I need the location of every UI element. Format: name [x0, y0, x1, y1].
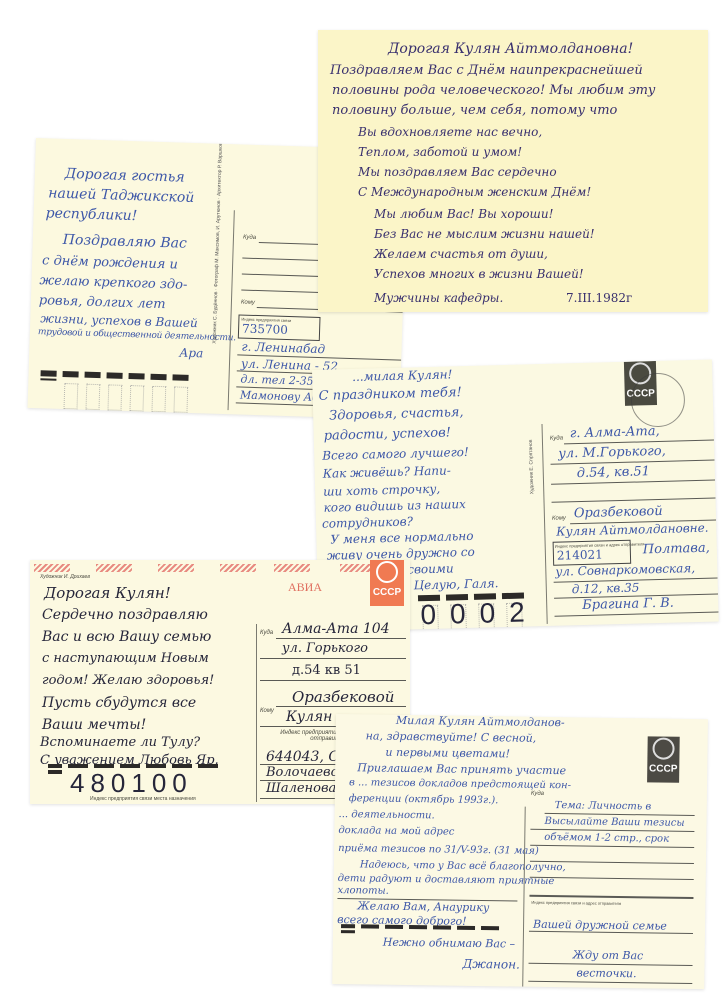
handwritten-line: Вашей дружной семье — [533, 919, 667, 932]
handwritten-line: У меня все нормально — [330, 530, 473, 546]
handwritten-line: республики! — [45, 206, 137, 223]
recipient-line: Оразбековой — [292, 690, 394, 705]
greeting-line: половину больше, чем себя, потому что — [332, 104, 617, 117]
handwritten-line: трудовой и общественной деятельности. — [38, 328, 236, 343]
sender-index: 214021 — [557, 548, 603, 561]
handwritten-line: Как живёшь? Напи- — [323, 464, 451, 479]
handwritten-line: Нежно обнимаю Вас – — [383, 937, 515, 950]
handwritten-line: жизни, успехов в Вашей — [40, 312, 198, 329]
to-label: Куда — [531, 791, 544, 797]
recipient-line: Кулян Айтмолдановне. — [556, 522, 709, 538]
greeting-line: Желаем счастья от души, — [374, 248, 548, 260]
recipient-line: Кулян — [286, 710, 332, 724]
handwritten-line: Ваши мечты! — [42, 718, 146, 732]
to-label: Куда — [260, 630, 273, 636]
handwritten-line: объёмом 1-2 стр., срок — [544, 833, 669, 845]
destination-index: 0002 — [420, 598, 539, 629]
handwritten-line: и первыми цветами! — [385, 747, 510, 760]
handwritten-line: ... деятельности. — [339, 810, 435, 821]
sender-address-line: Полтава, — [643, 542, 710, 557]
handwritten-line: Высылайте Ваши тезисы — [544, 817, 684, 829]
handwritten-line: кого видишь из наших — [323, 498, 466, 514]
handwritten-line: Надеюсь, что у Вас всё благополучно, — [360, 860, 566, 873]
address-to-line: г. Алма-Ата, — [570, 425, 660, 440]
handwritten-line: Дорогая гостья — [65, 167, 185, 185]
print-credits: Художник Е. Спрятанов — [528, 439, 535, 494]
greeting-line: С Международным женским Днём! — [358, 186, 591, 198]
emblem-icon — [652, 737, 674, 759]
to-label: Куда — [243, 235, 256, 241]
artist-credit: Художник И. Дрихаев — [40, 574, 90, 580]
handwritten-line: Сердечно поздравляю — [42, 608, 208, 622]
address-to-line: ул. Горького — [282, 642, 368, 655]
footer-note: Индекс предприятия связи места назначени… — [90, 796, 196, 802]
to-whom-label: Кому — [552, 515, 566, 521]
handwritten-line: Жду от Вас — [573, 949, 644, 961]
postage-stamp: СССР — [370, 560, 404, 606]
handwritten-line: на, здравствуйте! С весной, — [366, 730, 537, 743]
greeting-signature: Мужчины кафедры. — [374, 292, 503, 304]
greeting-line: Вы вдохновляете нас вечно, — [358, 126, 542, 138]
sender-address-line: д.12, кв.35 — [572, 582, 640, 596]
handwritten-line: Приглашаем Вас принять участие — [357, 762, 566, 776]
index-digit-box — [107, 384, 122, 410]
handwritten-line: Дорогая Кулян! — [44, 586, 171, 601]
footer-note: Пишите индекс предприятия связи места на… — [67, 413, 192, 419]
greeting-card-march-8: Дорогая Кулян Айтмолдановна! Поздравляем… — [318, 30, 708, 312]
handwritten-line: весточки. — [576, 967, 636, 979]
handwritten-line: приёма тезисов по 31/V-93г. (31 мая) — [338, 844, 539, 857]
handwritten-line: в ... тезисов докладов предстоящей кон- — [349, 778, 571, 791]
postage-stamp: СССР — [647, 736, 680, 782]
handwritten-line: доклада на мой адрес — [338, 826, 454, 838]
index-digit-box — [85, 384, 100, 410]
handwritten-signature: Целую, Галя. — [414, 577, 499, 591]
to-label: Куда — [550, 435, 563, 441]
greeting-line: Без Вас не мыслим жизни нашей! — [374, 228, 595, 240]
sender-index: 735700 — [242, 323, 288, 336]
sender-address-line: ул. Совнаркомовская, — [555, 562, 695, 578]
handwritten-signature: Джанон. — [462, 958, 520, 971]
handwritten-line: ференции (октябрь 1993г.). — [349, 794, 499, 806]
handwritten-line: Вас и всю Вашу семью — [42, 630, 211, 644]
index-digit-box — [173, 386, 188, 412]
print-credits: Художник С. Будённов · Фотограф М. Макси… — [212, 142, 224, 343]
address-to-line: д.54 кв 51 — [292, 664, 361, 677]
handwritten-line: Поздравляю Вас — [63, 233, 187, 251]
greeting-line: Успехов многих в жизни Вашей! — [374, 268, 584, 280]
to-whom-label: Кому — [241, 300, 255, 306]
handwritten-line: Всего самого лучшего! — [322, 446, 469, 462]
index-digit-box — [129, 385, 144, 411]
greeting-line: Мы поздравляем Вас сердечно — [358, 166, 557, 178]
handwritten-line: ровья, долгих лет — [39, 294, 166, 311]
sender-index-label: Индекс предприятия связи и адрес отправи… — [531, 900, 621, 906]
greeting-line: Дорогая Кулян Айтмолдановна! — [388, 42, 633, 56]
address-to-line: Алма-Ата 104 — [282, 622, 390, 636]
handwritten-line: сотрудников? — [322, 515, 413, 529]
to-whom-label: Кому — [260, 708, 274, 714]
greeting-line: Мы любим Вас! Вы хороши! — [374, 208, 553, 220]
handwritten-line: нашей Таджикской — [48, 186, 194, 205]
air-mail-label: АВИА — [288, 580, 322, 595]
sender-name: Брагина Г. В. — [582, 597, 674, 612]
index-digit-box — [64, 383, 79, 409]
address-to-line: д.54, кв.51 — [577, 465, 651, 480]
handwritten-line: Пусть сбудутся все — [42, 696, 196, 710]
postcard-from-dzhanon: СССР Милая Кулян Айтмолданов- на, здравс… — [332, 714, 708, 989]
postmark — [630, 372, 685, 427]
greeting-line: Теплом, заботой и умом! — [358, 146, 522, 158]
handwritten-line: С праздником тебя! — [319, 386, 462, 403]
recipient-line: Оразбековой — [574, 505, 663, 520]
greeting-line: половины рода человеческого! Мы любим эт… — [332, 84, 655, 97]
emblem-icon — [376, 561, 398, 583]
handwritten-line: ...милая Кулян! — [352, 368, 453, 383]
handwritten-line: Тема: Личность в — [555, 801, 652, 812]
sender-address-line: г. Ленинабад — [241, 341, 325, 356]
handwritten-signature: Ара — [179, 347, 203, 360]
handwritten-line: с наступающим Новым — [42, 652, 209, 665]
handwritten-line: Милая Кулян Айтмолданов- — [396, 715, 565, 728]
handwritten-line: Желаю Вам, Анаурику — [357, 900, 489, 913]
handwritten-line: радости, успехов! — [324, 426, 452, 442]
handwritten-line: Здоровья, счастья, — [329, 406, 464, 423]
handwritten-line: своими — [407, 562, 454, 575]
address-to-line: ул. М.Горького, — [558, 445, 666, 461]
greeting-line: Поздравляем Вас с Днём наипрекраснейшей — [330, 64, 643, 77]
greeting-date: 7.III.1982г — [566, 292, 632, 304]
index-digit-box — [151, 386, 166, 412]
handwritten-line: годом! Желаю здоровья! — [42, 674, 214, 687]
handwritten-line: с днём рождения и — [42, 254, 178, 271]
handwritten-line: желаю крепкого здо- — [39, 274, 187, 292]
handwritten-line: ши хоть строчку, — [323, 483, 440, 498]
handwritten-line: Вспоминаете ли Тулу? — [40, 736, 200, 749]
handwritten-line: хлопоты. — [337, 886, 388, 897]
destination-index: 480100 — [70, 770, 193, 796]
